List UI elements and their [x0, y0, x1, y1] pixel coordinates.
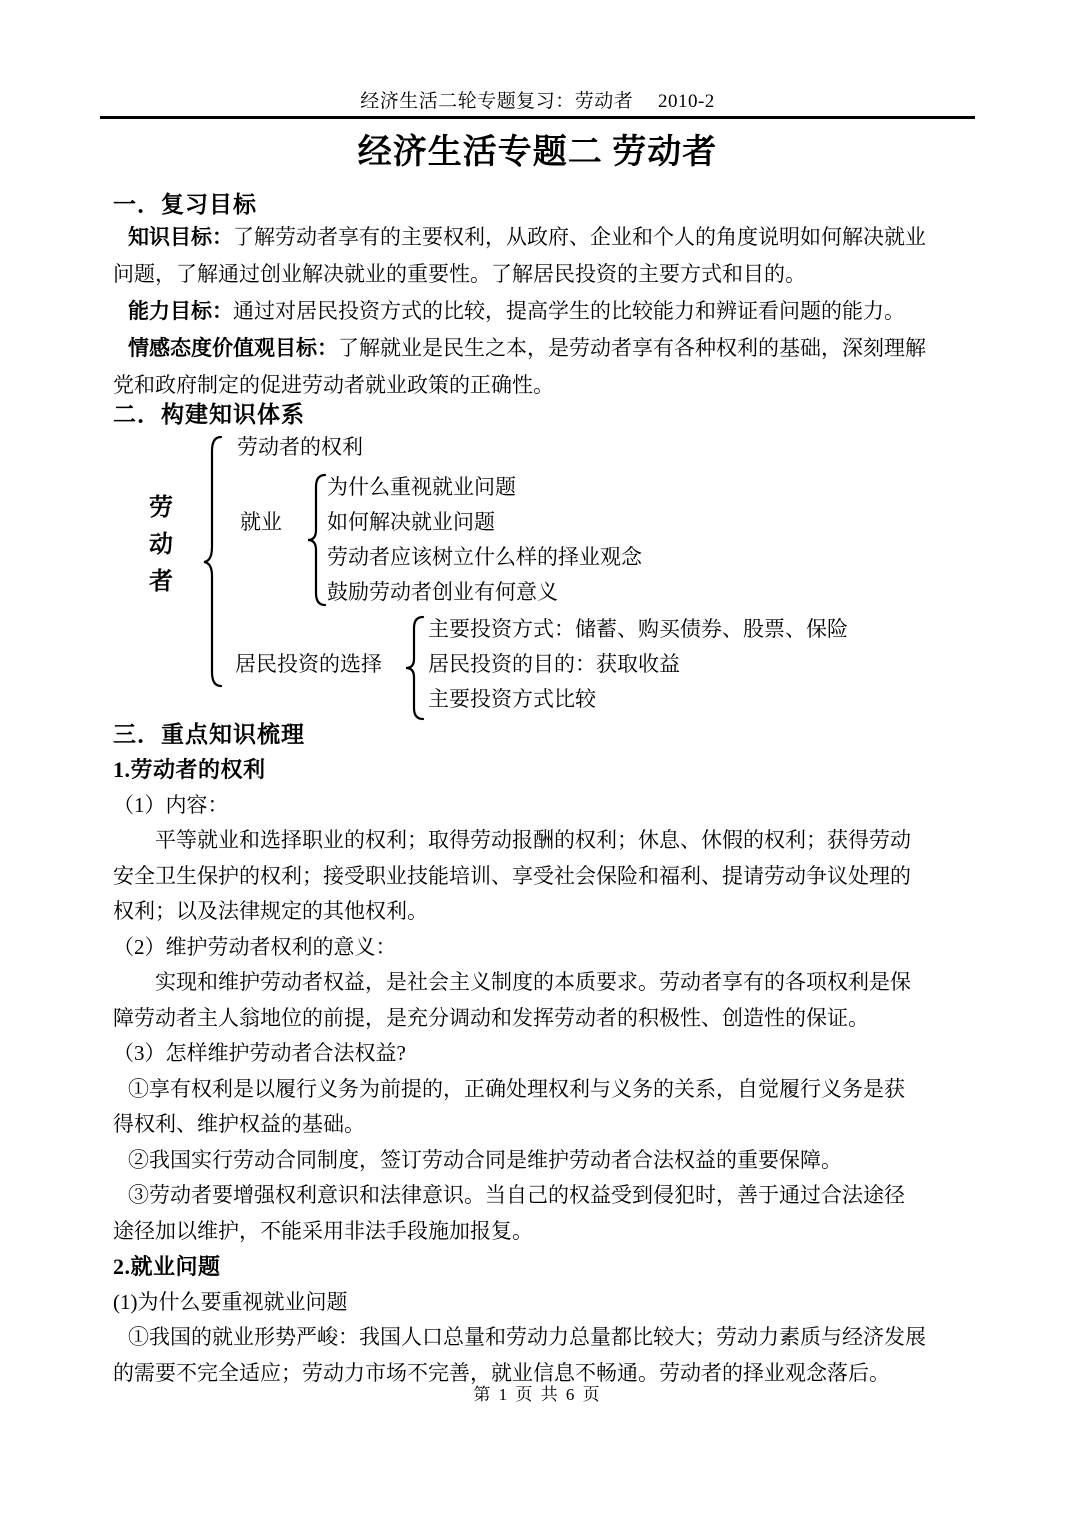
objective-knowledge-text: 了解劳动者享有的主要权利，从政府、企业和个人的角度说明如何解决就业 — [233, 225, 926, 249]
point-2-heading: 2.就业问题 — [113, 1249, 962, 1285]
diagram-employment-child-3: 劳动者应该树立什么样的择业观念 — [327, 545, 642, 569]
diagram-employment-child-1: 为什么重视就业问题 — [327, 475, 516, 499]
objective-knowledge-line1: 知识目标：了解劳动者享有的主要权利，从政府、企业和个人的角度说明如何解决就业 — [113, 219, 962, 256]
brace-root — [202, 435, 226, 688]
diagram-investment-child-3: 主要投资方式比较 — [428, 687, 596, 711]
section-3-heading: 三．重点知识梳理 — [113, 719, 962, 749]
page-number: 第 1 页 共 6 页 — [0, 1384, 1075, 1406]
objective-values-text: 了解就业是民生之本，是劳动者享有各种权利的基础，深刻理解 — [338, 336, 926, 360]
document-body: 一．复习目标 知识目标：了解劳动者享有的主要权利，从政府、企业和个人的角度说明如… — [113, 189, 962, 1391]
objective-values-line1: 情感态度价值观目标：了解就业是民生之本，是劳动者享有各种权利的基础，深刻理解 — [113, 330, 962, 367]
point-2-sub-1: (1)为什么要重视就业问题 — [113, 1285, 962, 1321]
diagram-root-char-2: 动 — [146, 526, 176, 563]
meaning-line-2: 障劳动者主人翁地位的前提，是充分调动和发挥劳动者的积极性、创造性的保证。 — [113, 1001, 962, 1037]
diagram-investment-child-2: 居民投资的目的：获取收益 — [428, 652, 680, 676]
diagram-node-investment: 居民投资的选择 — [235, 652, 382, 676]
objective-knowledge-label: 知识目标： — [128, 226, 233, 249]
key-knowledge-body: 1.劳动者的权利 （1）内容： 平等就业和选择职业的权利；取得劳动报酬的权利；休… — [113, 752, 962, 1391]
document-title: 经济生活专题二 劳动者 — [0, 133, 1075, 173]
objective-values-label: 情感态度价值观目标： — [128, 337, 338, 360]
document-page: 经济生活二轮专题复习：劳动者 2010-2 经济生活专题二 劳动者 一．复习目标… — [0, 0, 1075, 1518]
diagram-employment-child-2: 如何解决就业问题 — [327, 510, 495, 534]
point-1-sub-2: （2）维护劳动者权利的意义： — [113, 930, 962, 966]
safeguard-item-1-line-2: 得权利、维护权益的基础。 — [113, 1107, 962, 1143]
rights-content-line-1: 平等就业和选择职业的权利；取得劳动报酬的权利；休息、休假的权利；获得劳动 — [113, 823, 962, 859]
review-objectives: 知识目标：了解劳动者享有的主要权利，从政府、企业和个人的角度说明如何解决就业 问… — [113, 219, 962, 404]
rights-content-line-3: 权利；以及法律规定的其他权利。 — [113, 894, 962, 930]
diagram-node-worker-rights: 劳动者的权利 — [237, 435, 363, 459]
diagram-employment-child-4: 鼓励劳动者创业有何意义 — [327, 580, 558, 604]
objective-ability-text: 通过对居民投资方式的比较，提高学生的比较能力和辨证看问题的能力。 — [233, 299, 905, 323]
section-1-heading: 一．复习目标 — [113, 189, 962, 219]
diagram-root-label: 劳 动 者 — [146, 489, 176, 600]
objective-ability-label: 能力目标： — [128, 300, 233, 323]
page-header: 经济生活二轮专题复习：劳动者 2010-2 — [0, 0, 1075, 113]
meaning-line-1: 实现和维护劳动者权益，是社会主义制度的本质要求。劳动者享有的各项权利是保 — [113, 965, 962, 1001]
brace-investment — [404, 615, 428, 721]
safeguard-item-3-line-1: ③劳动者要增强权利意识和法律意识。当自己的权益受到侵犯时，善于通过合法途径 — [113, 1178, 962, 1214]
objective-ability-line1: 能力目标：通过对居民投资方式的比较，提高学生的比较能力和辨证看问题的能力。 — [113, 293, 962, 330]
safeguard-item-2: ②我国实行劳动合同制度，签订劳动合同是维护劳动者合法权益的重要保障。 — [113, 1143, 962, 1179]
diagram-node-employment: 就业 — [240, 510, 282, 534]
diagram-investment-child-1: 主要投资方式：储蓄、购买债券、股票、保险 — [428, 617, 848, 641]
safeguard-item-3-line-2: 途径加以维护，不能采用非法手段施加报复。 — [113, 1214, 962, 1250]
knowledge-system-diagram: 劳 动 者 劳动者的权利 就业 为什么重视就业问题 如何解决就业问题 劳动者应该… — [113, 429, 962, 721]
point-1-sub-1: （1）内容： — [113, 788, 962, 824]
point-1-heading: 1.劳动者的权利 — [113, 752, 962, 788]
point-1-sub-3: （3）怎样维护劳动者合法权益? — [113, 1036, 962, 1072]
diagram-root-char-1: 劳 — [146, 489, 176, 526]
diagram-root-char-3: 者 — [146, 563, 176, 600]
objective-knowledge-line2: 问题，了解通过创业解决就业的重要性。了解居民投资的主要方式和目的。 — [113, 256, 962, 293]
header-rule — [100, 116, 975, 119]
safeguard-item-1-line-1: ①享有权利是以履行义务为前提的，正确处理权利与义务的关系，自觉履行义务是获 — [113, 1072, 962, 1108]
employment-issue-line-1: ①我国的就业形势严峻：我国人口总量和劳动力总量都比较大；劳动力素质与经济发展 — [113, 1320, 962, 1356]
rights-content-line-2: 安全卫生保护的权利；接受职业技能培训、享受社会保险和福利、提请劳动争议处理的 — [113, 859, 962, 895]
